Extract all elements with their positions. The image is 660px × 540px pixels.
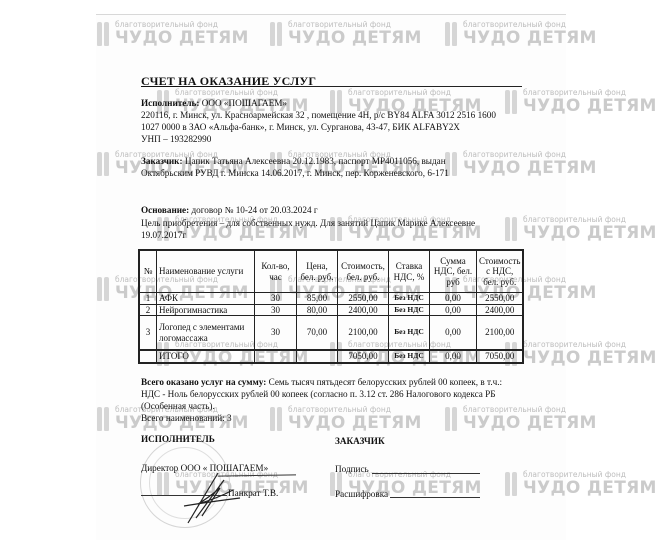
header-num: № [139, 250, 157, 293]
basis-label: Основание: [141, 205, 189, 215]
header-vat-rate: Ставка НДС, % [389, 250, 430, 293]
row-num: 3 [139, 316, 157, 351]
row-price: 70,00 [297, 316, 338, 351]
basis-value: договор № 10-24 от 20.03.2024 г [191, 205, 317, 215]
table-row: 2 Нейрогимнастика 30 80,00 2400,00 Без Н… [139, 304, 523, 316]
header-qty: Кол-во, час [255, 250, 297, 293]
executor-label: Исполнитель: [141, 98, 199, 108]
row-cost: 2550,00 [338, 293, 389, 305]
executor-address-2: 1027 0000 в ЗАО «Альфа-банк», г. Минск, … [141, 122, 460, 134]
header-total: Стоимость с НДС, бел. руб. [477, 250, 524, 293]
executor-unp: УНП – 193282990 [141, 134, 211, 146]
title-underline [300, 86, 522, 87]
customer-details-2: Октябрьским РУВД г. Минска 14.06.2017, г… [141, 168, 449, 180]
row-total: 2550,00 [477, 293, 524, 305]
items-count: Всего наименований: 3 [141, 413, 232, 425]
row-qty: 30 [255, 304, 297, 316]
purpose-line-1: Цель приобретения – для собственных нужд… [141, 218, 475, 230]
summary-line-3: (Особенная часть). [141, 401, 215, 413]
total-num-cell [139, 350, 157, 363]
row-vat-sum: 0,00 [430, 316, 477, 351]
row-service-name: АФК [157, 293, 255, 305]
table-row: 1 АФК 30 85,00 2550,00 Без НДС 0,00 2550… [139, 293, 523, 305]
row-vat-rate: Без НДС [389, 316, 430, 351]
row-price: 85,00 [297, 293, 338, 305]
row-cost: 2100,00 [338, 316, 389, 351]
customer-line-1: Заказчик: Цапик Татьяна Алексеевна 20.12… [141, 156, 446, 168]
header-service-name: Наименование услуги [157, 250, 255, 293]
row-vat-sum: 0,00 [430, 293, 477, 305]
executor-address-1: 220116, г. Минск, ул. Красноармейская 32… [141, 110, 496, 122]
row-vat-rate: Без НДС [389, 293, 430, 305]
executor-name: Панкрат Т.В. [228, 488, 278, 500]
header-vat-sum: Сумма НДС, бел. руб [430, 250, 477, 293]
row-num: 1 [139, 293, 157, 305]
total-amount: 7050,00 [477, 350, 524, 363]
executor-line: Исполнитель: ООО «ПОШАГАЕМ» [141, 98, 287, 110]
summary-label: Всего оказано услуг на сумму: [141, 377, 266, 387]
row-qty: 30 [255, 293, 297, 305]
table-row: 3 Логопед с элементами логомассажа 30 70… [139, 316, 523, 351]
row-vat-sum: 0,00 [430, 304, 477, 316]
row-service-name: Нейрогимнастика [157, 304, 255, 316]
customer-decoding-line [390, 497, 480, 498]
row-total: 2100,00 [477, 316, 524, 351]
row-price: 80,00 [297, 304, 338, 316]
table-header-row: № Наименование услуги Кол-во, час Цена, … [139, 250, 523, 293]
signature-label: Подпись [335, 464, 369, 476]
header-price: Цена, бел. руб. [297, 250, 338, 293]
row-num: 2 [139, 304, 157, 316]
document-title: СЧЕТ НА ОКАЗАНИЕ УСЛУГ [141, 74, 316, 89]
row-qty: 30 [255, 316, 297, 351]
table-total-row: ИТОГО 7050,00 Без НДС 0,00 7050,00 [139, 350, 523, 363]
total-qty-cell [255, 350, 297, 363]
executor-heading: ИСПОЛНИТЕЛЬ [141, 434, 215, 446]
customer-heading: ЗАКАЗЧИК [335, 436, 385, 448]
decoding-label: Расшифровка [335, 489, 388, 501]
total-vat-sum: 0,00 [430, 350, 477, 363]
row-total: 2400,00 [477, 304, 524, 316]
total-vat-rate: Без НДС [389, 350, 430, 363]
customer-details-1: Цапик Татьяна Алексеевна 20.12.1983, пас… [185, 156, 446, 166]
customer-signature-line [372, 473, 480, 474]
total-cost: 7050,00 [338, 350, 389, 363]
row-vat-rate: Без НДС [389, 304, 430, 316]
summary-line-1: Всего оказано услуг на сумму: Семь тысяч… [141, 377, 502, 389]
basis-line: Основание: договор № 10-24 от 20.03.2024… [141, 205, 318, 217]
total-label: ИТОГО [157, 350, 255, 363]
executor-name: ООО «ПОШАГАЕМ» [202, 98, 287, 108]
header-cost: Стоимость, бел. руб. [338, 250, 389, 293]
total-price-cell [297, 350, 338, 363]
customer-label: Заказчик: [141, 156, 183, 166]
summary-amount-words: Семь тысяч пятьдесят белорусских рублей … [266, 377, 502, 387]
purpose-line-2: 19.07.2017г [141, 230, 186, 242]
row-service-name: Логопед с элементами логомассажа [157, 316, 255, 351]
summary-line-2: НДС - Ноль белорусских рублей 00 копеек … [141, 389, 496, 401]
row-cost: 2400,00 [338, 304, 389, 316]
services-table: № Наименование услуги Кол-во, час Цена, … [138, 249, 524, 364]
